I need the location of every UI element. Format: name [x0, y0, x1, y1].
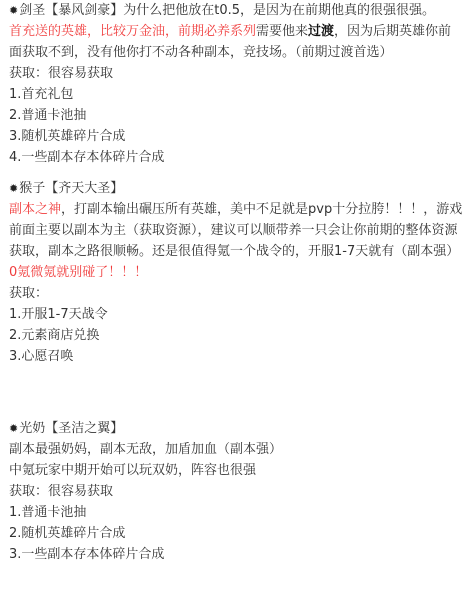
obtain-label: 获取：很容易获取: [9, 63, 464, 84]
warning-text: 0氪微氪就别碰了！！！: [9, 265, 147, 280]
hero-title: ✹剑圣【暴风剑豪】为什么把他放在t0.5，是因为在前期他真的很强很强。: [9, 0, 464, 21]
hero-description: 副本之神，打副本输出碾压所有英雄，美中不足就是pvp十分拉胯！！！，游戏前面主要…: [9, 199, 464, 283]
obtain-item: 1.首充礼包: [9, 84, 464, 105]
hero-title: ✹光奶【圣洁之翼】: [9, 418, 464, 439]
bullet-star-icon: ✹: [9, 418, 18, 439]
obtain-item: 4.一些副本存本体碎片合成: [9, 147, 464, 168]
hero-section-guangnai: ✹光奶【圣洁之翼】 副本最强奶妈，副本无敌，加盾加血（副本强） 中氪玩家中期开始…: [9, 418, 464, 565]
description-text: 需要他来: [256, 24, 308, 39]
bold-text: 过渡: [308, 24, 334, 39]
obtain-item: 3.随机英雄碎片合成: [9, 126, 464, 147]
hero-title-tail: 为什么把他放在t0.5，是因为在前期他真的很强很强。: [123, 3, 435, 18]
hero-description: 首充送的英雄，比较万金油，前期必养系列需要他来过渡，因为后期英雄你前面获取不到，…: [9, 21, 464, 63]
obtain-label: 获取：很容易获取: [9, 481, 464, 502]
hero-alias: 【暴风剑豪】: [45, 3, 123, 18]
hero-section-jiansheng: ✹剑圣【暴风剑豪】为什么把他放在t0.5，是因为在前期他真的很强很强。 首充送的…: [9, 0, 464, 168]
obtain-label: 获取：: [9, 283, 464, 304]
bullet-star-icon: ✹: [9, 0, 18, 21]
highlight-text: 首充送的英雄，比较万金油，前期必养系列: [9, 24, 256, 39]
obtain-item: 2.随机英雄碎片合成: [9, 523, 464, 544]
obtain-item: 1.普通卡池抽: [9, 502, 464, 523]
hero-section-houzi: ✹猴子【齐天大圣】 副本之神，打副本输出碾压所有英雄，美中不足就是pvp十分拉胯…: [9, 178, 464, 367]
hero-name: 光奶: [19, 421, 45, 436]
hero-title: ✹猴子【齐天大圣】: [9, 178, 464, 199]
hero-description: 副本最强奶妈，副本无敌，加盾加血（副本强）: [9, 439, 464, 460]
bullet-star-icon: ✹: [9, 178, 18, 199]
obtain-item: 2.元素商店兑换: [9, 325, 464, 346]
hero-description: 中氪玩家中期开始可以玩双奶，阵容也很强: [9, 460, 464, 481]
hero-alias: 【齐天大圣】: [45, 181, 123, 196]
hero-alias: 【圣洁之翼】: [45, 421, 123, 436]
obtain-item: 3.一些副本存本体碎片合成: [9, 544, 464, 565]
description-text: ，打副本输出碾压所有英雄，美中不足就是pvp十分拉胯！！！，游戏前面主要以副本为…: [9, 202, 462, 259]
obtain-item: 3.心愿召唤: [9, 346, 464, 367]
hero-name: 剑圣: [19, 3, 45, 18]
obtain-item: 2.普通卡池抽: [9, 105, 464, 126]
hero-name: 猴子: [19, 181, 45, 196]
obtain-item: 1.开服1-7天战令: [9, 304, 464, 325]
highlight-text: 副本之神: [9, 202, 61, 217]
